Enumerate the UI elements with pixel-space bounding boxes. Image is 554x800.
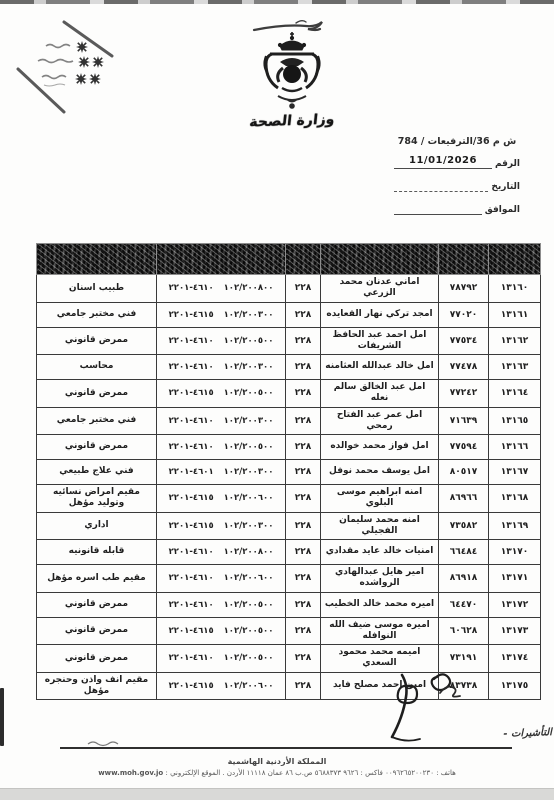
- cell-serial: ١٣١٦٢: [489, 327, 541, 355]
- field-corresponding-label: الموافق: [485, 205, 520, 215]
- stamp-diagonal-line-icon: [18, 69, 64, 112]
- cell-national: ٦٤٤٧٠: [439, 592, 489, 617]
- table-row: ١٣١٦٩٧٣٥٨٢امنه محمد سليمان الفجيلي٢٢٨١٠٢…: [37, 512, 541, 540]
- cell-title: مقيم طب اسره مؤهل: [37, 565, 157, 593]
- cell-grade: ٢٢٨: [286, 380, 321, 408]
- cell-code: ١٠٢/٢٠٠٥٠٠ ٤٦١٥-٢٢٠١: [157, 380, 286, 408]
- field-date-value: [394, 178, 488, 192]
- cell-code: ١٠٢/٢٠٠٥٠٠ ٤٦١٠-٢٢٠١: [157, 592, 286, 617]
- cell-title: ممرض قانوني: [37, 380, 157, 408]
- cell-national: ٨٦٩١٨: [439, 565, 489, 593]
- visa-annotation-label: التأشيرات -: [502, 727, 552, 740]
- cell-code: ١٠٢/٢٠٠٣٠٠ ٤٦١٠-٢٢٠١: [157, 407, 286, 435]
- ribbon-icon: [278, 96, 306, 108]
- cell-serial: ١٣١٧٤: [489, 645, 541, 673]
- field-number: الرقم 11/01/2026: [394, 155, 520, 169]
- table-row: ١٣١٧٠٦٦٤٨٤امنيات خالد عايد مقدادي٢٢٨١٠٢/…: [37, 540, 541, 565]
- cell-code: ١٠٢/٢٠٠٦٠٠ ٤٦١٥-٢٢٠١: [157, 485, 286, 513]
- table-header-national-number: [439, 244, 489, 275]
- eagle-globe-icon: [278, 58, 307, 91]
- cell-title: ممرض قانوني: [37, 645, 157, 673]
- field-number-label: الرقم: [495, 159, 520, 169]
- cell-code: ١٠٢/٢٠٠٣٠٠ ٤٦٠١-٢٢٠١: [157, 460, 286, 485]
- cell-code: ١٠٢/٢٠٠٣٠٠ ٤٦١٥-٢٢٠١: [157, 302, 286, 327]
- cell-grade: ٢٢٨: [286, 592, 321, 617]
- cell-name: امنه ابراهيم موسى البلوي: [321, 485, 439, 513]
- handwritten-check-mark: [436, 683, 464, 701]
- field-number-value: 11/01/2026: [394, 155, 492, 169]
- page-footer: المملكة الأردنية الهاشمية هاتف : ٠٠٩٦٢٦٥…: [0, 757, 554, 777]
- cell-national: ٧٧٥٣٤: [439, 327, 489, 355]
- table-header-account-code: [157, 244, 286, 275]
- cell-name: امل عمر عبد الفتاح رمحي: [321, 407, 439, 435]
- cell-title: طبيب اسنان: [37, 275, 157, 303]
- cell-title: ممرض قانوني: [37, 592, 157, 617]
- cell-name: امل خالد عبدالله العثامنه: [321, 355, 439, 380]
- cell-grade: ٢٢٨: [286, 617, 321, 645]
- crown-icon: [278, 32, 305, 50]
- cell-title: فني مختبر جامعي: [37, 302, 157, 327]
- cell-grade: ٢٢٨: [286, 355, 321, 380]
- cell-code: ١٠٢/٢٠٠٦٠٠ ٤٦١٠-٢٢٠١: [157, 565, 286, 593]
- cell-serial: ١٣١٦٤: [489, 380, 541, 408]
- cell-name: امنيات خالد عايد مقدادي: [321, 540, 439, 565]
- reference-line: ش م 36/الترفيعات / 784: [394, 136, 520, 147]
- cell-serial: ١٣١٦٨: [489, 485, 541, 513]
- signature-rule-line: [60, 747, 512, 749]
- cell-title: مقيم انف واذن وحنجره مؤهل: [37, 672, 157, 700]
- cell-serial: ١٣١٧٣: [489, 617, 541, 645]
- cell-code: ١٠٢/٢٠٠٥٠٠ ٤٦١٠-٢٢٠١: [157, 327, 286, 355]
- cell-serial: ١٣١٦٩: [489, 512, 541, 540]
- cell-grade: ٢٢٨: [286, 540, 321, 565]
- promotions-table: ١٣١٦٠٧٨٧٩٢اماني عدنان محمد الزرعي٢٢٨١٠٢/…: [36, 243, 541, 700]
- cell-national: ٧٧٠٢٠: [439, 302, 489, 327]
- cell-title: فني علاج طبيعي: [37, 460, 157, 485]
- table-row: ١٣١٦٣٧٧٤٧٨امل خالد عبدالله العثامنه٢٢٨١٠…: [37, 355, 541, 380]
- table-header-row: [37, 244, 541, 275]
- cell-serial: ١٣١٦٥: [489, 407, 541, 435]
- table-row: ١٣١٦١٧٧٠٢٠امجد تركي نهار القعايده٢٢٨١٠٢/…: [37, 302, 541, 327]
- cell-grade: ٢٢٨: [286, 327, 321, 355]
- scan-edge-artifact-bottom: [0, 788, 554, 800]
- table-row: ١٣١٧٤٧٣١٩١اميمه محمد محمود السعدي٢٢٨١٠٢/…: [37, 645, 541, 673]
- jordan-royal-crest-icon: [236, 16, 346, 116]
- reference-block: ش م 36/الترفيعات / 784 الرقم 11/01/2026 …: [394, 136, 520, 224]
- cell-name: امل احمد عبد الحافظ الشريفات: [321, 327, 439, 355]
- signature-scribble: [372, 665, 462, 750]
- cell-grade: ٢٢٨: [286, 460, 321, 485]
- cell-grade: ٢٢٨: [286, 645, 321, 673]
- cell-serial: ١٣١٧٥: [489, 672, 541, 700]
- stamp-diagonal-line-icon: [64, 22, 112, 56]
- cell-name: اميره محمد خالد الخطيب: [321, 592, 439, 617]
- cell-title: فني مختبر جامعي: [37, 407, 157, 435]
- scan-edge-artifact-top: [0, 0, 554, 4]
- table-header-job-title: [37, 244, 157, 275]
- cell-name: امير هايل عبدالهادي الرواشده: [321, 565, 439, 593]
- cell-grade: ٢٢٨: [286, 512, 321, 540]
- cell-serial: ١٣١٧٢: [489, 592, 541, 617]
- cell-serial: ١٣١٦٠: [489, 275, 541, 303]
- cell-national: ٦٠٦٢٨: [439, 617, 489, 645]
- cell-national: ٨٠٥١٧: [439, 460, 489, 485]
- cell-serial: ١٣١٧١: [489, 565, 541, 593]
- cell-serial: ١٣١٧٠: [489, 540, 541, 565]
- cell-grade: ٢٢٨: [286, 275, 321, 303]
- cell-name: امل عبد الخالق سالم نعله: [321, 380, 439, 408]
- footer-contact-line: هاتف : ٠٠٩٦٢٦٥٢٠٠٢٣٠ فاكس : ٩٦٢٦ ٥٦٨٨٣٧٣…: [0, 769, 554, 777]
- cell-national: ٧٨٧٩٢: [439, 275, 489, 303]
- cell-name: امنه محمد سليمان الفجيلي: [321, 512, 439, 540]
- table-row: ١٣١٧١٨٦٩١٨امير هايل عبدالهادي الرواشده٢٢…: [37, 565, 541, 593]
- tiny-illegible-note: [86, 738, 126, 747]
- cell-name: امجد تركي نهار القعايده: [321, 302, 439, 327]
- cell-national: ٦٦٤٨٤: [439, 540, 489, 565]
- cell-name: امل فواز محمد خوالده: [321, 435, 439, 460]
- ministry-name: وزارة الصحة: [231, 111, 353, 131]
- scanned-document-page: وزارة الصحة ش م 36/الترفيعات / 784 الرقم…: [0, 0, 554, 800]
- cell-grade: ٢٢٨: [286, 565, 321, 593]
- cell-name: اماني عدنان محمد الزرعي: [321, 275, 439, 303]
- field-corresponding-value: [394, 201, 482, 215]
- cell-grade: ٢٢٨: [286, 302, 321, 327]
- cell-national: ٧١٦٣٩: [439, 407, 489, 435]
- footer-contact-text: هاتف : ٠٠٩٦٢٦٥٢٠٠٢٣٠ فاكس : ٩٦٢٦ ٥٦٨٨٣٧٣…: [165, 769, 455, 777]
- table-header-name: [321, 244, 439, 275]
- table-row: ١٣١٦٨٨٦٩٦٦امنه ابراهيم موسى البلوي٢٢٨١٠٢…: [37, 485, 541, 513]
- table-header-serial: [489, 244, 541, 275]
- field-date-label: التاريخ: [491, 182, 520, 192]
- security-stamp: [8, 14, 158, 126]
- field-date: التاريخ: [394, 178, 520, 192]
- field-corresponding: الموافق: [394, 201, 520, 215]
- scan-edge-artifact-left: [0, 688, 4, 746]
- cell-title: اداري: [37, 512, 157, 540]
- cell-code: ١٠٢/٢٠٠٨٠٠ ٤٦١٠-٢٢٠١: [157, 540, 286, 565]
- cell-title: قابله قانونيه: [37, 540, 157, 565]
- table-row: ١٣١٦٧٨٠٥١٧امل يوسف محمد نوفل٢٢٨١٠٢/٢٠٠٣٠…: [37, 460, 541, 485]
- table-row: ١٣١٦٢٧٧٥٣٤امل احمد عبد الحافظ الشريفات٢٢…: [37, 327, 541, 355]
- cell-national: ٧٧٢٤٢: [439, 380, 489, 408]
- cell-national: ٧٧٤٧٨: [439, 355, 489, 380]
- cell-title: ممرض قانوني: [37, 327, 157, 355]
- cell-serial: ١٣١٦١: [489, 302, 541, 327]
- table-row: ١٣١٦٦٧٧٥٩٤امل فواز محمد خوالده٢٢٨١٠٢/٢٠٠…: [37, 435, 541, 460]
- cell-national: ٨٦٩٦٦: [439, 485, 489, 513]
- cell-serial: ١٣١٦٧: [489, 460, 541, 485]
- footer-website: www.moh.gov.jo: [98, 769, 163, 777]
- table-header-grade: [286, 244, 321, 275]
- cell-code: ١٠٢/٢٠٠٨٠٠ ٤٦١٠-٢٢٠١: [157, 275, 286, 303]
- cell-serial: ١٣١٦٦: [489, 435, 541, 460]
- table-body: ١٣١٦٠٧٨٧٩٢اماني عدنان محمد الزرعي٢٢٨١٠٢/…: [37, 275, 541, 700]
- cell-code: ١٠٢/٢٠٠٣٠٠ ٤٦١٠-٢٢٠١: [157, 355, 286, 380]
- cell-name: امل يوسف محمد نوفل: [321, 460, 439, 485]
- cell-name: اميره موسى ضيف الله النوافله: [321, 617, 439, 645]
- cell-grade: ٢٢٨: [286, 407, 321, 435]
- cell-title: مقيم امراض نسائيه وتوليد مؤهل: [37, 485, 157, 513]
- kingdom-name: المملكة الأردنية الهاشمية: [0, 757, 554, 766]
- table-row: ١٣١٧٣٦٠٦٢٨اميره موسى ضيف الله النوافله٢٢…: [37, 617, 541, 645]
- table-row: ١٣١٧٥٨٣٧٣٨امين احمد مصلح فايد٢٢٨١٠٢/٢٠٠٦…: [37, 672, 541, 700]
- cell-grade: ٢٢٨: [286, 435, 321, 460]
- cell-code: ١٠٢/٢٠٠٥٠٠ ٤٦١٥-٢٢٠١: [157, 617, 286, 645]
- table-row: ١٣١٦٤٧٧٢٤٢امل عبد الخالق سالم نعله٢٢٨١٠٢…: [37, 380, 541, 408]
- cell-title: ممرض قانوني: [37, 435, 157, 460]
- cell-grade: ٢٢٨: [286, 672, 321, 700]
- cell-national: ٧٧٥٩٤: [439, 435, 489, 460]
- cell-code: ١٠٢/٢٠٠٣٠٠ ٤٦١٥-٢٢٠١: [157, 512, 286, 540]
- table-row: ١٣١٦٥٧١٦٣٩امل عمر عبد الفتاح رمحي٢٢٨١٠٢/…: [37, 407, 541, 435]
- cell-national: ٧٣٥٨٢: [439, 512, 489, 540]
- stamp-illegible-text: [38, 45, 73, 87]
- cell-code: ١٠٢/٢٠٠٥٠٠ ٤٦١٠-٢٢٠١: [157, 435, 286, 460]
- calligraphy-flourish-icon: [254, 21, 322, 30]
- cell-title: ممرض قانوني: [37, 617, 157, 645]
- cell-code: ١٠٢/٢٠٠٥٠٠ ٤٦١٠-٢٢٠١: [157, 645, 286, 673]
- table-row: ١٣١٧٢٦٤٤٧٠اميره محمد خالد الخطيب٢٢٨١٠٢/٢…: [37, 592, 541, 617]
- cell-title: محاسب: [37, 355, 157, 380]
- cell-code: ١٠٢/٢٠٠٦٠٠ ٤٦١٥-٢٢٠١: [157, 672, 286, 700]
- cell-grade: ٢٢٨: [286, 485, 321, 513]
- table-row: ١٣١٦٠٧٨٧٩٢اماني عدنان محمد الزرعي٢٢٨١٠٢/…: [37, 275, 541, 303]
- cell-serial: ١٣١٦٣: [489, 355, 541, 380]
